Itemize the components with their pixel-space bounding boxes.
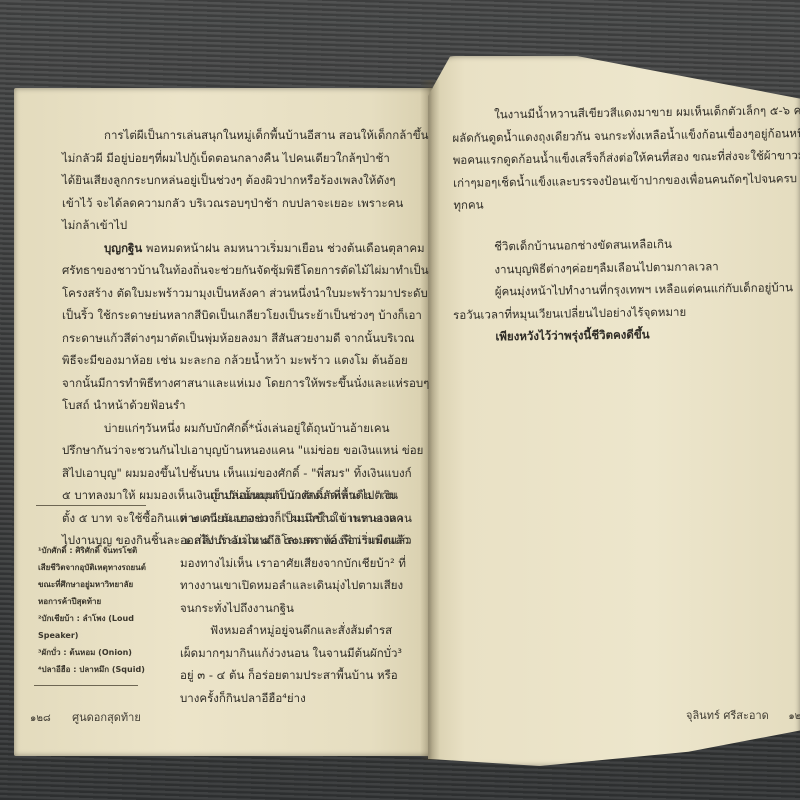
body-line: มองทางไม่เห็น เราอาศัยเสียงจากบักเชียบ้า… (180, 552, 410, 575)
footnote-1-cont: ขณะที่ศึกษาอยู่มหาวิทยาลัย (38, 576, 150, 593)
body-line: ศรัทธาของชาวบ้านในท้องถิ่นจะช่วยกันจัดซุ… (62, 259, 412, 282)
body-line: เผ็ดมากๆมากินแก้ง่วงนอน ในจานมีต้นผักบั่… (180, 642, 410, 665)
body-line: อยู่ ๓ - ๔ ต้น ก็อร่อยตามประสาพื้นบ้าน ห… (180, 664, 410, 687)
left-page-body-narrow: เย็นวันนั้นผมกับบักศักดิ์ลัดเลาะไปตาม ทา… (180, 484, 410, 709)
body-line: เข้าไว้ จะได้ลดความกลัว บริเวณรอบๆป่าช้า… (62, 192, 412, 215)
body-line: บุญกฐิน พอหมดหน้าฝน ลมหนาวเริ่มมาเยือน ช… (62, 237, 412, 260)
body-line: ทางงานเขาเปิดหมอลำและเดินมุ่งไปตามเสียง (180, 574, 410, 597)
body-line: ปรึกษากันว่าจะชวนกันไปเอาบุญบ้านหนองแคน … (62, 439, 412, 462)
body-line: สิไปเอาบุญ" ผมมองขึ้นไปชั้นบน เห็นแม่ของ… (62, 462, 412, 485)
right-page-body: ในงานมีน้ำหวานสีเขียวสีแดงมาขาย ผมเห็นเด… (452, 99, 794, 216)
body-line: ทางเกวียน บางช่วงก็เป็นนาข้าว บ้านหนองแค… (180, 507, 410, 530)
footnote-1-cont: หอการค้าปีสุดท้าย (38, 593, 150, 610)
right-page-number: ๑๒๙ (788, 711, 800, 722)
footnotes: ¹บักศักดิ์ : ศิริศักดิ์ จันทรโชติ เสียชี… (38, 542, 150, 678)
body-line: ออกไปประมาณ ๔ กิโลเมตร ท้องฟ้าเริ่มมืดแล… (180, 529, 410, 552)
right-page-poem: ชีวิตเด็กบ้านนอกช่างขัดสนเหลือเกิน งานบุ… (452, 231, 794, 348)
footnote-rule-bottom (34, 685, 138, 686)
body-line: ไม่กล้าเข้าไป (62, 214, 412, 237)
left-running-title: ศูนดอกสุดท้าย (72, 711, 141, 724)
section-heading-bun-kathin: บุญกฐิน (104, 241, 142, 255)
body-line: เป็นริ้ว ใช้กระดาษย่นหลากสีบิดเป็นเกลียว… (62, 304, 412, 327)
poem-line: ผู้คนมุ่งหน้าไปทำงานที่กรุงเทพฯ เหลือแต่… (453, 276, 793, 303)
body-line: โบสถ์ นำหน้าด้วยฟ้อนรำ (62, 394, 412, 417)
left-page-number: ๑๒๘ (30, 713, 51, 724)
footnote-4: ⁴ปลาอีฮือ : ปลาหมึก (Squid) (38, 661, 150, 678)
right-running-title: จุลินทร์ ศรีสะอาด (686, 709, 769, 722)
body-line: ทุกคน (453, 189, 793, 216)
body-line: ฟังหมอลำหมู่อยู่จนดึกและสั่งส้มตำรส (180, 619, 410, 642)
footnote-1-cont: เสียชีวิตจากอุบัติเหตุทางรถยนต์ (38, 559, 150, 576)
footnote-1: ¹บักศักดิ์ : ศิริศักดิ์ จันทรโชติ (38, 542, 150, 559)
footnote-3: ³ผักบั่ว : ต้นหอม (Onion) (38, 644, 150, 661)
body-line: เก่าๆมอๆเช็ดน้ำแข็งและบรรจงป้อนเข้าปากขอ… (453, 167, 793, 194)
body-line: โครงสร้าง ตัดใบมะพร้าวมามุงเป็นหลังคา ส่… (62, 282, 412, 305)
body-line: จากนั้นมีการทำพิธีทางศาสนาและแห่เมง โดยก… (62, 372, 412, 395)
body-line: บางครั้งก็กินปลาอีฮือ⁴ย่าง (180, 687, 410, 710)
body-line: ไม่กลัวผี มีอยู่บ่อยๆที่ผมไปกู้เบ็ดตอนกล… (62, 147, 412, 170)
body-line: บ่ายแก่ๆวันหนึ่ง ผมกับบักศักดิ์*นั่งเล่น… (62, 417, 412, 440)
body-line: ได้ยินเสียงลูกกระบกหล่นอยู่เป็นช่วงๆ ต้อ… (62, 169, 412, 192)
left-page-footer: ๑๒๘ ศูนดอกสุดท้าย (30, 708, 141, 726)
body-span: พอหมดหน้าฝน ลมหนาวเริ่มมาเยือน ช่วงต้นเด… (142, 241, 424, 255)
body-line: พิธีจะมีของมาห้อย เช่น มะละกอ กล้วยน้ำหว… (62, 349, 412, 372)
body-line: จนกระทั่งไปถึงงานกฐิน (180, 597, 410, 620)
poem-closing-line: เพียงหวังไว้ว่าพรุ่งนี้ชีวิตคงดีขึ้น (453, 321, 793, 348)
body-line: เย็นวันนั้นผมกับบักศักดิ์ลัดเลาะไปตาม (180, 484, 410, 507)
right-page-footer: จุลินทร์ ศรีสะอาด ๑๒๙ (686, 706, 800, 724)
footnote-rule-top (36, 505, 146, 506)
footnote-2-cont: Speaker) (38, 627, 150, 644)
body-line: กระดาษแก้วสีต่างๆมาตัดเป็นพุ่มห้อยลงมา ส… (62, 327, 412, 350)
book-gutter (420, 80, 440, 760)
body-line: การไต่ผีเป็นการเล่นสนุกในหมู่เด็กพื้นบ้า… (62, 124, 412, 147)
footnote-2: ²บักเชียบ้า : ลำโพง (Loud (38, 610, 150, 627)
